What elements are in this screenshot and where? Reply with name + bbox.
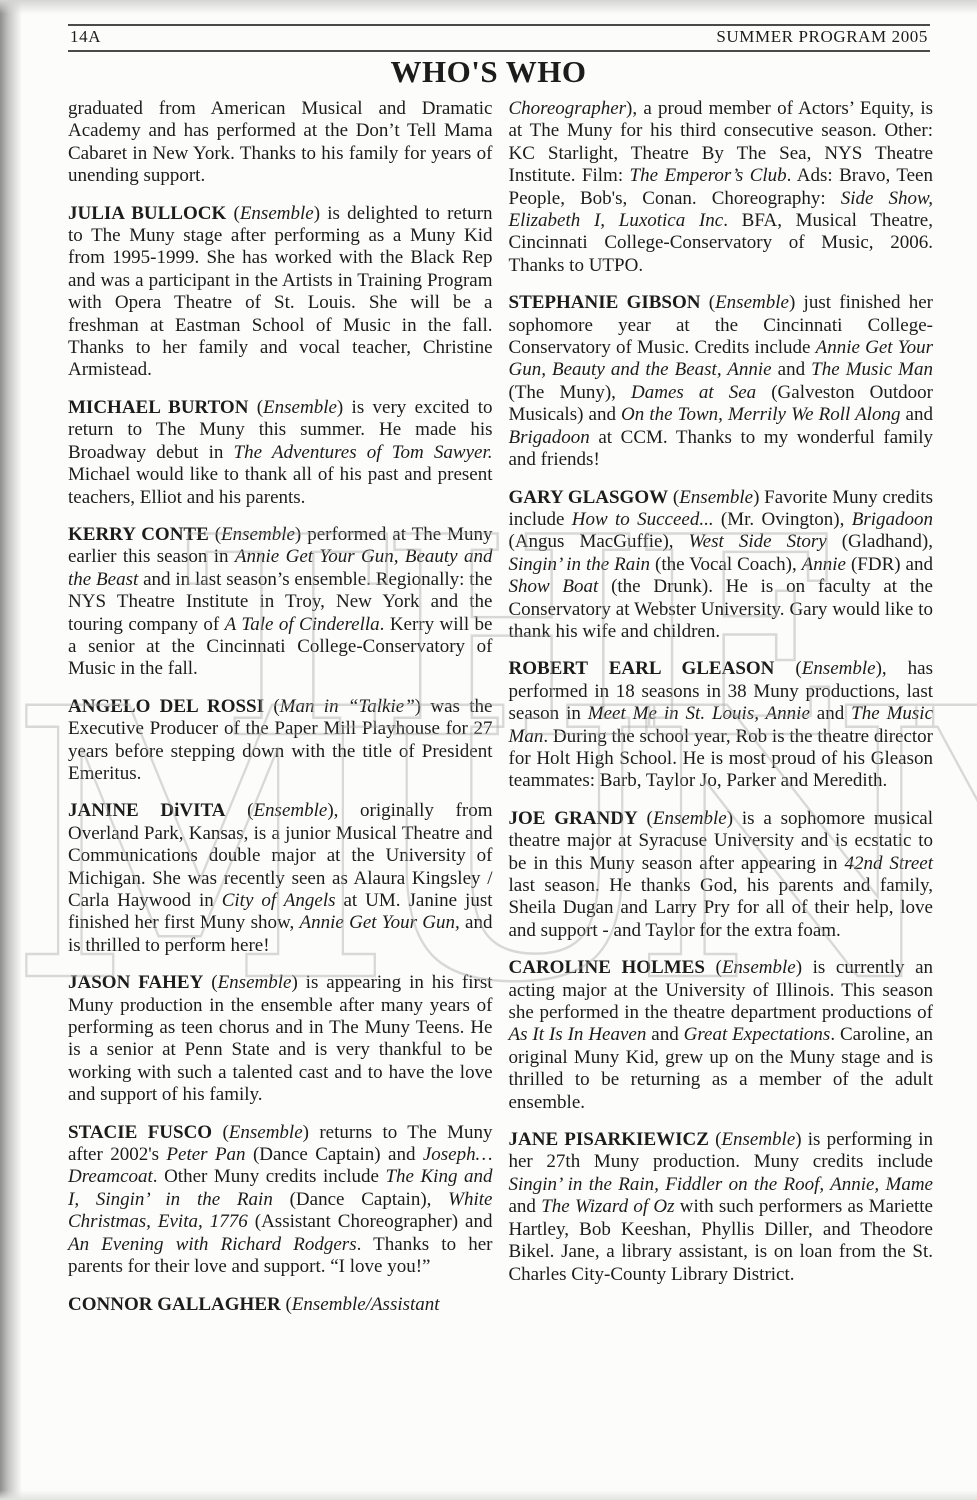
bio-paragraph: JANE PISARKIEWICZ (Ensemble) is performi… [509,1129,934,1286]
bio-paragraph: ROBERT EARL GLEASON (Ensemble), has perf… [509,658,934,792]
scan-edge-left [0,0,22,1500]
bio-paragraph: CAROLINE HOLMES (Ensemble) is currently … [509,957,934,1114]
program-name: SUMMER PROGRAM 2005 [716,27,928,47]
bio-paragraph: GARY GLASGOW (Ensemble) Favorite Muny cr… [509,487,934,644]
bio-paragraph: STEPHANIE GIBSON (Ensemble) just finishe… [509,292,934,471]
bio-paragraph: ANGELO DEL ROSSI (Man in “Talkie”) was t… [68,696,493,786]
page-number: 14A [70,27,101,47]
bio-paragraph: JULIA BULLOCK (Ensemble) is delighted to… [68,203,493,382]
bio-paragraph: STACIE FUSCO (Ensemble) returns to The M… [68,1122,493,1279]
bio-paragraph: MICHAEL BURTON (Ensemble) is very excite… [68,397,493,509]
bio-paragraph: Choreographer), a proud member of Actors… [509,98,934,277]
bio-paragraph: JASON FAHEY (Ensemble) is appearing in h… [68,972,493,1106]
bio-columns: graduated from American Musical and Dram… [68,98,933,1331]
running-head: 14A SUMMER PROGRAM 2005 [68,24,930,52]
left-column: graduated from American Musical and Dram… [68,98,493,1331]
bio-paragraph: JOE GRANDY (Ensemble) is a sophomore mus… [509,808,934,942]
scan-edge-top [0,0,977,14]
scan-edge-bottom [0,1490,977,1500]
program-page: 14A SUMMER PROGRAM 2005 WHO'S WHO gradua… [0,0,977,1500]
bio-paragraph: CONNOR GALLAGHER (Ensemble/Assistant [68,1294,493,1316]
page-title: WHO'S WHO [0,54,977,90]
bio-paragraph: graduated from American Musical and Dram… [68,98,493,188]
scan-edge-right [965,0,977,1500]
bio-paragraph: JANINE DiVITA (Ensemble), originally fro… [68,800,493,957]
right-column: Choreographer), a proud member of Actors… [509,98,934,1331]
bio-paragraph: KERRY CONTE (Ensemble) performed at The … [68,524,493,681]
